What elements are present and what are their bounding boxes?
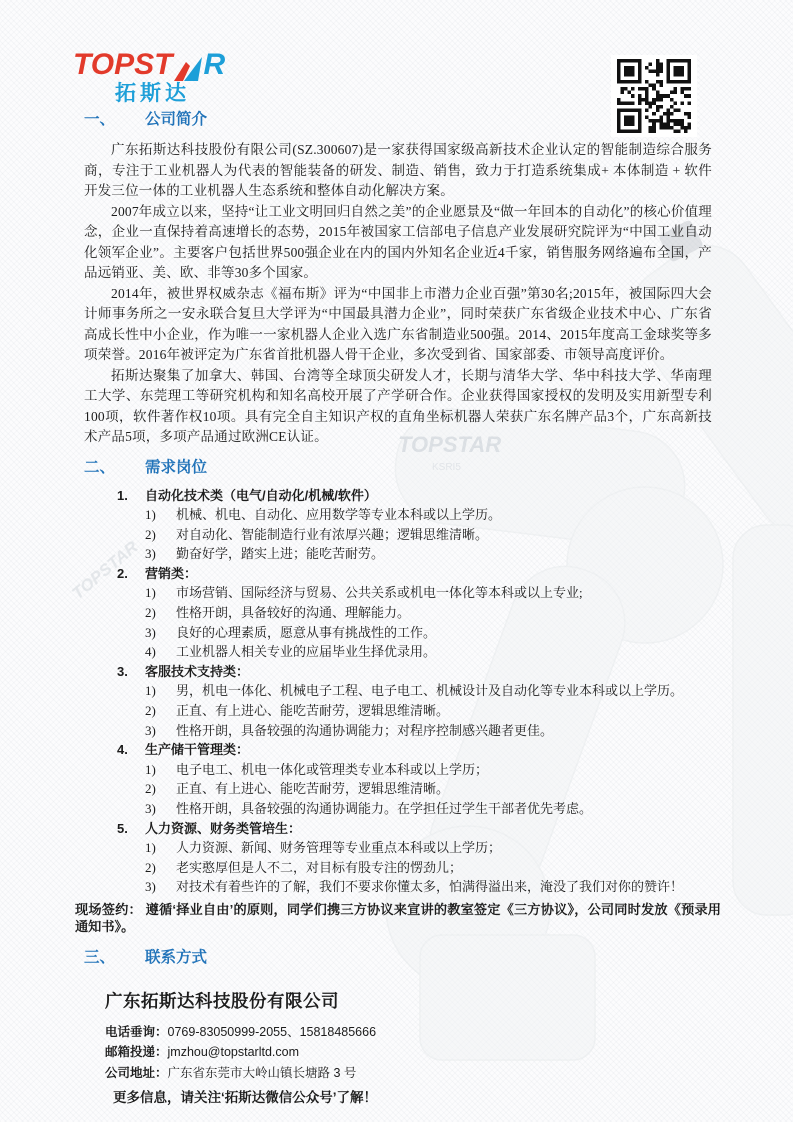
section-heading-positions: 二、 需求岗位 xyxy=(84,458,712,478)
topstar-logo: TOPST R 拓斯达 xyxy=(73,50,225,104)
requirement-text: 对技术有着些许的了解，我们不要求你懂太多，怕满得溢出来，淹没了我们对你的赞许！ xyxy=(176,877,712,897)
intro-paragraph: 广东拓斯达科技股份有限公司(SZ.300607)是一家获得国家级高新技术企业认定… xyxy=(84,140,712,202)
requirement-text: 男，机电一体化、机械电子工程、电子电工、机械设计及自动化等专业本科或以上学历。 xyxy=(176,681,712,701)
category-label: 自动化技术类（电气/自动化/机械/软件） xyxy=(145,486,377,506)
section-title: 需求岗位 xyxy=(145,458,207,478)
requirement-text: 勤奋好学，踏实上进；能吃苦耐劳。 xyxy=(176,544,712,564)
requirement-number: 1) xyxy=(145,681,176,701)
requirement-item: 1)男，机电一体化、机械电子工程、电子电工、机械设计及自动化等专业本科或以上学历… xyxy=(84,681,712,701)
requirement-number: 1) xyxy=(145,583,176,603)
contact-value: jmzhou@topstarltd.com xyxy=(168,1042,300,1063)
requirement-text: 工业机器人相关专业的应届毕业生择优录用。 xyxy=(176,642,712,662)
requirement-number: 3) xyxy=(145,877,176,897)
contact-label: 电话垂询： xyxy=(105,1022,168,1043)
requirement-text: 市场营销、国际经济与贸易、公共关系或机电一体化等本科或以上专业; xyxy=(176,583,712,603)
requirement-text: 对自动化、智能制造行业有浓厚兴趣；逻辑思维清晰。 xyxy=(176,525,712,545)
requirement-number: 2) xyxy=(145,701,176,721)
requirement-text: 正直、有上进心、能吃苦耐劳，逻辑思维清晰。 xyxy=(176,701,712,721)
requirement-item: 2)性格开朗，具备较好的沟通、理解能力。 xyxy=(84,603,712,623)
requirement-number: 2) xyxy=(145,525,176,545)
requirement-text: 性格开朗，具备较强的沟通协调能力。在学担任过学生干部者优先考虑。 xyxy=(176,799,712,819)
contact-line: 公司地址：广东省东莞市大岭山镇长塘路 3 号 xyxy=(105,1063,712,1084)
contact-line: 邮箱投递：jmzhou@topstarltd.com xyxy=(105,1042,712,1063)
requirement-item: 1)电子电工、机电一体化或管理类专业本科或以上学历； xyxy=(84,760,712,780)
section-title: 公司简介 xyxy=(145,110,207,130)
requirement-item: 1)机械、机电、自动化、应用数学等专业本科或以上学历。 xyxy=(84,505,712,525)
contact-value: 0769-83050999-2055、15818485666 xyxy=(168,1022,377,1043)
requirement-number: 3) xyxy=(145,721,176,741)
logo-triangle-icon xyxy=(174,57,202,81)
category-number: 5. xyxy=(117,819,145,839)
requirement-number: 3) xyxy=(145,799,176,819)
logo-wordmark: TOPST R xyxy=(73,50,225,80)
category-label: 人力资源、财务类管培生： xyxy=(145,819,301,839)
category-number: 1. xyxy=(117,486,145,506)
requirement-item: 2)老实憨厚但是人不二，对目标有股专注的愣劲儿； xyxy=(84,858,712,878)
category-number: 2. xyxy=(117,564,145,584)
company-name: 广东拓斯达科技股份有限公司 xyxy=(105,988,712,1013)
requirement-number: 4) xyxy=(145,642,176,662)
requirement-number: 2) xyxy=(145,603,176,623)
requirement-text: 电子电工、机电一体化或管理类专业本科或以上学历； xyxy=(176,760,712,780)
category-title: 1.自动化技术类（电气/自动化/机械/软件） xyxy=(84,486,712,506)
requirement-text: 性格开朗，具备较强的沟通协调能力；对程序控制感兴趣者更佳。 xyxy=(176,721,712,741)
contact-lines: 电话垂询：0769-83050999-2055、15818485666邮箱投递：… xyxy=(105,1022,712,1084)
requirement-item: 1)人力资源、新闻、财务管理等专业重点本科或以上学历； xyxy=(84,838,712,858)
requirement-item: 4)工业机器人相关专业的应届毕业生择优录用。 xyxy=(84,642,712,662)
contact-line: 电话垂询：0769-83050999-2055、15818485666 xyxy=(105,1022,712,1043)
contact-label: 公司地址： xyxy=(105,1063,168,1084)
contact-block: 广东拓斯达科技股份有限公司 电话垂询：0769-83050999-2055、15… xyxy=(105,988,712,1107)
category-label: 生产储干管理类： xyxy=(145,740,249,760)
category-number: 3. xyxy=(117,662,145,682)
requirement-item: 2)对自动化、智能制造行业有浓厚兴趣；逻辑思维清晰。 xyxy=(84,525,712,545)
requirement-number: 2) xyxy=(145,858,176,878)
section-heading-contact: 三、 联系方式 xyxy=(84,948,712,968)
position-categories: 1.自动化技术类（电气/自动化/机械/软件）1)机械、机电、自动化、应用数学等专… xyxy=(84,486,712,897)
requirement-item: 3)性格开朗，具备较强的沟通协调能力。在学担任过学生干部者优先考虑。 xyxy=(84,799,712,819)
requirement-text: 正直、有上进心、能吃苦耐劳，逻辑思维清晰。 xyxy=(176,779,712,799)
intro-paragraph: 2014年，被世界权威杂志《福布斯》评为“中国非上市潜力企业百强”第30名;20… xyxy=(84,284,712,366)
contact-label: 邮箱投递： xyxy=(105,1042,168,1063)
requirement-number: 1) xyxy=(145,760,176,780)
requirement-item: 3)良好的心理素质，愿意从事有挑战性的工作。 xyxy=(84,623,712,643)
section-number: 三、 xyxy=(84,948,145,968)
signing-note: 现场签约： 遵循‘择业自由’的原则，同学们携三方协议来宣讲的教室签定《三方协议》… xyxy=(75,901,721,935)
requirement-text: 性格开朗，具备较好的沟通、理解能力。 xyxy=(176,603,712,623)
requirement-text: 机械、机电、自动化、应用数学等专业本科或以上学历。 xyxy=(176,505,712,525)
requirement-item: 2)正直、有上进心、能吃苦耐劳，逻辑思维清晰。 xyxy=(84,779,712,799)
requirement-item: 3)性格开朗，具备较强的沟通协调能力；对程序控制感兴趣者更佳。 xyxy=(84,721,712,741)
category-label: 客服技术支持类： xyxy=(145,662,249,682)
requirement-number: 2) xyxy=(145,779,176,799)
category-title: 4.生产储干管理类： xyxy=(84,740,712,760)
category-label: 营销类： xyxy=(145,564,197,584)
intro-paragraph: 2007年成立以来，坚持“让工业文明回归自然之美”的企业愿景及“做一年回本的自动… xyxy=(84,202,712,284)
category-title: 3.客服技术支持类： xyxy=(84,662,712,682)
requirement-number: 3) xyxy=(145,544,176,564)
requirement-text: 良好的心理素质，愿意从事有挑战性的工作。 xyxy=(176,623,712,643)
requirement-item: 3)勤奋好学，踏实上进；能吃苦耐劳。 xyxy=(84,544,712,564)
requirement-number: 1) xyxy=(145,838,176,858)
logo-text-red: TOPST xyxy=(73,50,172,80)
requirement-text: 老实憨厚但是人不二，对目标有股专注的愣劲儿； xyxy=(176,858,712,878)
section-heading-intro: 一、 公司简介 xyxy=(84,110,712,130)
category-number: 4. xyxy=(117,740,145,760)
requirement-text: 人力资源、新闻、财务管理等专业重点本科或以上学历； xyxy=(176,838,712,858)
category-title: 5.人力资源、财务类管培生： xyxy=(84,819,712,839)
contact-value: 广东省东莞市大岭山镇长塘路 3 号 xyxy=(168,1063,357,1084)
requirement-number: 1) xyxy=(145,505,176,525)
section-number: 一、 xyxy=(84,110,145,130)
requirement-item: 2)正直、有上进心、能吃苦耐劳，逻辑思维清晰。 xyxy=(84,701,712,721)
intro-paragraph: 拓斯达聚集了加拿大、韩国、台湾等全球顶尖研发人才，长期与清华大学、华中科技大学、… xyxy=(84,366,712,448)
requirement-number: 3) xyxy=(145,623,176,643)
more-info: 更多信息，请关注‘拓斯达微信公众号’了解！ xyxy=(113,1086,712,1106)
section-number: 二、 xyxy=(84,458,145,478)
logo-chinese-name: 拓斯达 xyxy=(115,83,225,104)
category-title: 2.营销类： xyxy=(84,564,712,584)
document-page: TOPSTAR KSRI5 TOPSTAR TOPST R 拓斯达 一、 公司简… xyxy=(0,0,793,1122)
requirement-item: 3)对技术有着些许的了解，我们不要求你懂太多，怕满得溢出来，淹没了我们对你的赞许… xyxy=(84,877,712,897)
requirement-item: 1)市场营销、国际经济与贸易、公共关系或机电一体化等本科或以上专业; xyxy=(84,583,712,603)
intro-paragraphs: 广东拓斯达科技股份有限公司(SZ.300607)是一家获得国家级高新技术企业认定… xyxy=(84,140,712,448)
section-title: 联系方式 xyxy=(145,948,207,968)
logo-text-blue: R xyxy=(203,50,225,80)
document-content: 一、 公司简介 广东拓斯达科技股份有限公司(SZ.300607)是一家获得国家级… xyxy=(84,110,712,1106)
